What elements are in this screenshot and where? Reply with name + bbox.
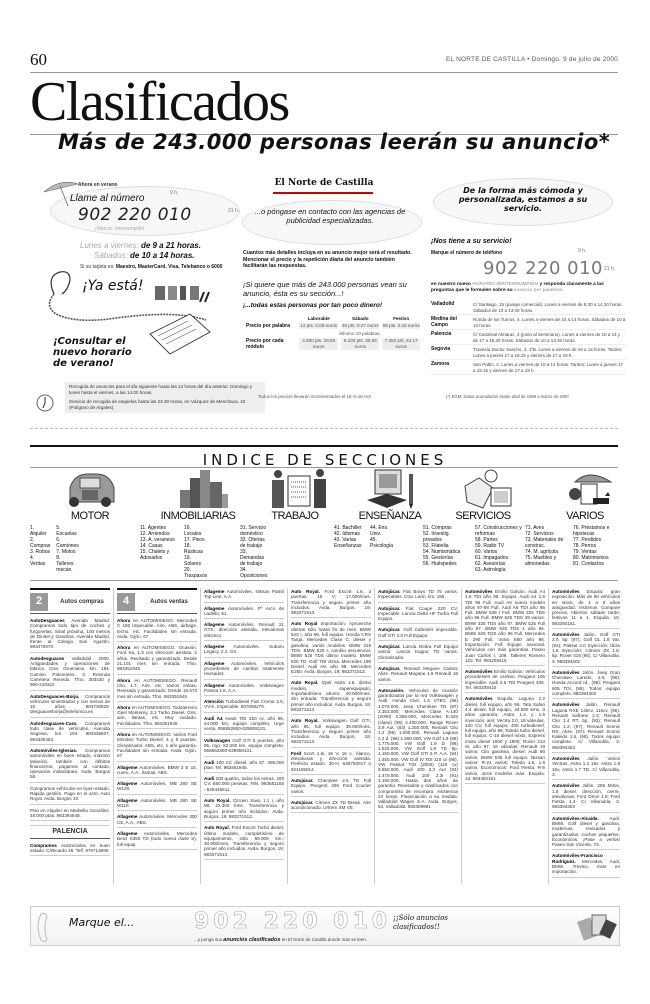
ad-name: Allageme [117,814,137,819]
section-number: 2 [30,593,48,611]
ad-text: Compramos vehículos en buen estado. Rápi… [30,786,110,802]
bottom-banner: Marque el... 902 220 010 ...y ponga sus … [30,906,620,946]
ad-item: Audi A4 Avant TDI 150 cv, año 98, 44.000… [204,715,284,735]
section-item[interactable]: 81. Contactos [573,561,621,567]
ad-item: Allageme Automóviles. Pº Arco de Ladrill… [204,605,284,620]
col-festivo: Festivo [382,316,420,321]
ad-item: Allageme Automóviles. Mercedes Benz S350… [117,830,197,850]
section-item[interactable]: 57. Construcciones y reformas [475,525,525,537]
agencies-contact: ...o póngase en contacto con las agencia… [250,208,410,225]
ad-name: Allageme [204,589,224,594]
marque-numero: Marque el número de teléfono [431,250,502,256]
clock-icon [36,394,54,412]
section-item[interactable]: 6. Camiones [56,537,79,549]
ad-item: Ahora en AUTOMISIEGO. Ocasión. Ford Ka, … [117,644,197,674]
section-header-autos-ventas: 4 Autos ventas [117,593,197,614]
office-item: Medina del CampoRonda de los Turnos, 4. … [431,317,626,330]
ad-item: Allageme Automóviles. Vehículos proceden… [204,660,284,680]
ad-name: Auto Royal. [291,718,319,723]
ad-item: Automóviles-Alcaide. Audi, BMW, Golf die… [552,815,620,851]
ad-item: Allageme Automóviles. MB 280 SE W116. [117,797,197,812]
classified-ads: 2 Autos compras AutoDesguaces Avenida Ma… [30,588,620,888]
ad-item: Automóviles Emilio Galván. Audi A4 1.9 T… [465,588,545,666]
time-end: 21 h. [228,208,239,214]
section-item[interactable]: 5. Escuelas [56,525,79,537]
ad-item: Allageme Automóviles. Volkswagen Passat … [204,682,284,697]
ad-text: Emilio Galván. Audi A4 1.9 TDI año 96. E… [465,589,545,663]
ad-text: Valladolid 2000. Antigüedades y operacio… [30,656,110,687]
row-label: Precio por palabra [246,323,296,329]
ad-name: Autojúcar. [378,589,400,594]
ad-item: Auto Royal Importación. Aproveche oferta… [291,620,371,677]
office-city: Valladolid [431,302,473,313]
ad-item: Ahora en AUTOMISIEGO. Todoterreno Opel M… [117,704,197,729]
ad-name: Automóviles-Iglesias. [30,748,77,753]
ad-name: Compramos [30,843,57,848]
ad-item: Auto Royal. Volkswagen Golf GTI, año 95,… [291,717,371,747]
section-items: 11. Agentes12. Arriendos13. A. veraneos1… [140,525,207,579]
promo-middle: El Norte de Castilla ...o póngase en con… [240,178,425,400]
ad-item: Volkswagen Golf GTI 5 puertas, año 95, r… [204,737,284,757]
ad-item: Automóviles Jalón. Golf GTI 2.0, 5p. (97… [552,631,620,667]
ad-name: Ahora [117,678,130,683]
ad-text: Jalón. Golf GTI 2.0, 5p. (97), Golf GL 1… [552,632,620,663]
ad-item: Autojúcar. Citroen ZX TD Break. Aire aco… [291,799,371,814]
egm-footnote: (*) EGM: Datos acumulados desde abril de… [446,394,569,399]
section-item[interactable]: 43. Varias Enseñanzas [334,537,364,549]
horario-ininterrumpido: HORARIO ININTERRUMPIDO [472,282,538,287]
ad-name: Auto Royal. [204,825,230,830]
office-item: ZamoraSan Pablo, 2. Lunes a viernes de 1… [431,362,626,375]
office-item: PalenciaC/ Cardenal Almaraz, 4 (junto al… [431,332,626,345]
ad-name: Allageme [117,831,137,836]
section-item[interactable]: 1. Alquiler [30,525,50,537]
ad-item: Allageme Automóviles. Nissan Patrol Top … [204,588,284,603]
note-esquelas: Servicio de recogida de esquelas hasta l… [65,397,265,413]
ad-text: Esquila: gran exposición. Más de 90 vehí… [552,589,620,626]
column-separator [200,588,201,884]
banner-solo: ¡¡Sólo anuncios clasificados!! [393,914,483,932]
column-separator [461,588,462,884]
section-title: Clasificados [30,72,289,132]
ad-name: Autojúcar. [378,666,400,671]
tagline-pre: ...y ponga sus [194,937,222,942]
ad-name: AutoDesguaces [30,618,65,623]
ad-name: Automóviles [465,589,493,594]
ad-name: Auto Royal. [204,798,231,803]
ads-column-3: Allageme Automóviles. Nissan Patrol Top … [204,588,284,862]
ads-column-5: Autojúcar. Fiat Bravo TD 75 varios. Impe… [378,588,458,815]
section-item[interactable]: 76. Préstamos e hipotecas [573,525,621,537]
office-city: Medina del Campo [431,317,473,328]
workers-icon [270,468,330,510]
ad-item: Piso en Alquiler en Marbella González. 4… [30,807,110,822]
ad-item: Auto Royal. Opel Astra 1.6, último model… [291,679,371,715]
phone-number[interactable]: 902 220 010 [483,258,603,279]
price-cell: 45 pts. 0.27 euros [341,323,379,329]
ad-text: Opel Astra 1.6, último modelo, superequi… [291,680,371,711]
ad-item: Ahora en AUTOMISIEGO. Mercedes C 180 Imp… [117,617,197,642]
ad-item: Ahora en AUTOMISIEGO. Renault Clio, 1.7,… [117,677,197,702]
section-item[interactable]: 2. Compras [30,537,50,549]
ad-name: Allageme [204,644,224,649]
time-start: 9 h. [578,248,586,254]
indice-top-rule [30,445,618,447]
section-heading: Autos ventas [141,597,197,607]
ad-name: Autodesguaces-Caro. [30,721,77,726]
ad-item: AutoDesguaces-Borja. Compramos vehículos… [30,693,110,718]
phone-number[interactable]: 902 220 010 [78,205,192,225]
ad-name: Autojúcar. [291,778,313,783]
ads-column-2: 4 Autos ventas Ahora en AUTOMISIEGO. Mer… [117,588,197,852]
section-item[interactable]: 56. Huéspedes [423,561,469,567]
ad-name: Auto Royal. [291,680,318,685]
ad-name: Allageme [204,606,224,611]
ad-item: Autojúcar. Fiat Bravo TD 75 varios. Impe… [378,588,458,603]
section-item[interactable]: 4. Ventas [30,555,50,567]
ads-column-7: Automóviles Esquila: gran exposición. Má… [552,588,620,880]
note-recogida: Recogida de anuncios para el día siguien… [65,382,265,398]
ad-name: Allageme [204,683,224,688]
price-cell: 7.350 pts. 44.17 euros [382,338,420,350]
ads-column-4: Auto Royal. Ford Escort 1.6, 3 puertas, … [291,588,371,815]
section-items: 41. Bachiller42. Idiomas43. Varias Enseñ… [334,525,393,549]
section-items: 51. Compras52. Investig. privados53. Fil… [423,525,525,573]
ad-name: Auto Royal. [291,589,320,594]
ad-name: Ahora [117,732,130,737]
ad-item: Autojúcar. Lancia Dedra Full Equipo vari… [378,643,458,663]
iva-note: Todos los precios llevarán incrementados… [258,394,371,399]
ad-item: Autojúcar. Fiat Coupe 220 CV. Impecable.… [378,605,458,625]
ad-item: Auto Royal. Ford Escort Turbo diesel, úl… [204,824,284,860]
ad-name: Autojúcar. [378,644,400,649]
ad-text: 100 CC diesel, año 87. 395.000 ptas. Tel… [204,760,284,770]
ads-column-1: 2 Autos compras AutoDesguaces Avenida Ma… [30,588,110,858]
office-list: ValladolidC/ Santiago, 15 (pasaje comerc… [431,302,626,377]
ad-text: Importación. Aproveche ofertas sólo hast… [291,621,371,674]
office-address: C/ Santiago, 15 (pasaje comercial). Lune… [473,302,626,313]
indice-bottom-rule [30,580,618,581]
section-item[interactable]: 73. Materiales de construc. [525,537,567,549]
ad-item: Autocasión. Vehículos de ocasión garanti… [378,687,458,813]
ad-text: Vehículos de ocasión garantizados por la… [378,688,458,810]
ad-name: Auto Royal [291,621,317,626]
ad-item: Autodesguaces-Caro. Compramos todo clase… [30,720,110,745]
ad-item: Automóviles Esquila: gran exposición. Má… [552,588,620,629]
consultar-horario: ¡Consultar el nuevo horario de verano! [53,336,133,369]
col-sabado: Sábado [341,316,379,321]
section-item[interactable]: 44. Ens. Univ. [370,525,393,537]
section-item[interactable]: 19. Solares [184,555,207,567]
ad-item: Ford Scort 1.6i, 16 V, 16 v., blanco, el… [291,750,371,775]
ad-name: Automóviles [552,783,580,788]
ad-name: Autojúcar. [378,627,400,632]
sections-index: MOTOR 1. Alquiler2. Compras3. Robos4. Ve… [30,468,620,578]
section-number: 4 [117,593,135,611]
computer-books-icon [365,468,421,510]
ad-text: Audi, BMW, Golf diesel y gasolina, moder… [552,816,620,847]
section-name: VARIOS [525,510,645,522]
section-item[interactable]: 16. Locales [184,525,207,537]
column-topbar [117,588,197,590]
ad-name: Automóviles [552,756,580,761]
section-items: 31. Servicio doméstico32. Ofertas de tra… [240,525,268,579]
page-number: 60 [30,50,47,70]
ad-name: Audi [204,776,214,781]
forma-text: De la forma más cómoda y personalizada, … [453,186,593,213]
ad-item: Autojúcar. Renault Megane Classic Alize.… [378,665,458,685]
ad-item: Allageme Automóviles. BMW 3 E 15, cuero,… [117,764,197,779]
ad-item: Audi 200 quattro, todos los extras. 200 … [204,775,284,795]
ad-text: Ford Escort Turbo diesel, último modelo,… [204,825,284,856]
ad-name: Ahora [117,618,130,623]
ad-item: Allageme Automóviles. Subaru Legacy, 2.2… [204,643,284,658]
section-item[interactable]: 32. Ofertas de trabajo [240,537,268,549]
ad-item: Automóviles Esquila: Laguna 2.2 diesel, … [465,695,545,784]
ad-name: AutoDesguaces-Borja. [30,694,79,699]
ad-item: Automóviles-Francisco Rodríguez. Mercede… [552,852,620,877]
ad-name: Allageme [117,781,137,786]
price-table: Laborable Sábado Festivo Precio por pala… [243,314,423,352]
office-item: SegoviaTravesía Doctor Sancho, 3, 1ºB. L… [431,347,626,360]
office-address: Ronda de los Turnos, 4. Lunes a viernes … [473,317,626,328]
section-item[interactable]: 18. Rústicas [184,543,207,555]
section-item[interactable]: 15. Chalets y Adosados [140,549,178,561]
ad-text: Esquila: Laguna 2.2 diesel, full equipo,… [465,696,545,780]
ad-name: Allageme [204,622,224,627]
section-item[interactable]: 52. Investig. privados [423,531,469,543]
office-city: Palencia [431,332,473,343]
tagline-post: donde más se leen. [328,937,367,942]
telephone-handset-icon [35,910,57,944]
ad-item: Atención Turbodiesel Fiat Croma 2.5, VV-… [204,698,284,713]
banner-tagline: ...y ponga sus anuncios clasificados en … [194,937,367,943]
ad-name: Autojúcar. [378,606,400,611]
quote-text: ¡Si quiere que más de 243.000 personas v… [243,281,418,298]
ad-name: Automóviles [465,669,493,674]
ad-name: Automóviles [552,632,580,637]
section-header-autos-compras: 2 Autos compras [30,593,110,614]
en-nuestro: en nuestro nuevo [431,282,471,287]
ad-item: Compramos vehículos en buen estado. Rápi… [30,785,110,805]
banner-marque: Marque el... [69,916,134,929]
ad-name: Volkswagen [204,738,230,743]
ad-name: Automóviles [552,589,580,594]
ad-item: Auto Royal. Citroen Saxo 1.1 i, año 98; … [204,797,284,822]
ad-name: Allageme [117,765,137,770]
buildings-icon [178,468,228,510]
details-text: Cuantos más detalles incluya en su anunc… [243,250,418,270]
column-separator [113,588,114,884]
ad-item: Compramos Automóviles en buen estado. C/… [30,842,110,857]
ad-item: Automóviles Jalón. 205 Mitos, 1.8 diesel… [552,782,620,812]
office-item: ValladolidC/ Santiago, 15 (pasaje comerc… [431,302,626,315]
ad-text: Compramos automóviles en buen estado, má… [30,748,110,779]
ads-column-6: Automóviles Emilio Galván. Audi A4 1.9 T… [465,588,545,786]
ad-name: Audi A4 [204,716,223,721]
ad-item: Autojúcar. Cherokee 2.5 TD Full Equipo. … [291,777,371,797]
section-item[interactable]: 34. Oposiciones [240,567,268,579]
price-cell: 69 pts. 0.15 euros [382,323,420,329]
ad-item: Allageme Automóviles. MB 280 SE W126. [117,780,197,795]
newspaper-logo: El Norte de Castilla [270,178,378,188]
ad-item: Automóviles Jalón. Renault Laguna RXE 14… [552,701,620,753]
ad-item: Allageme Automóviles. Renault 21 GTS, di… [204,621,284,641]
newspaper-dateline: EL NORTE DE CASTILLA • Domingo, 9 de jul… [446,56,618,63]
ad-name: Audi [204,760,214,765]
ad-item: AutoDesguaces Avenida Madrid. Compramos … [30,617,110,653]
ad-name: Automóviles-Alcaide. [552,816,599,821]
time-end: 21 h. [604,266,615,272]
ad-item: Automóviles Emilio Galván. Vehículos pro… [465,668,545,693]
ad-name: Autojúcar. [291,800,313,805]
ad-name: Automóviles [552,702,580,707]
column-separator [548,588,549,884]
office-address: C/ Cardenal Almaraz, 4 (junto al Seminar… [473,332,626,343]
umbrella-cat-icon [565,468,615,510]
car-icon [62,468,118,510]
anuncio-palabras: anuncio por palabras. [514,288,564,293]
ad-item: Ahora en AUTOMISIEGO. Varios Ford Mondeo… [117,731,197,761]
ad-item: Automóviles Jalón. Varios Vectras, Astra… [552,755,620,780]
promo-left: Ahora en verano 9 h. Llame al número 902… [40,178,240,400]
ad-text: Scort 1.6i, 16 V, 16 v., blanco, elevalu… [291,751,371,772]
office-city: Zamora [431,362,473,373]
ad-name: Atención [204,699,224,704]
cards-illustration-icon [576,911,618,943]
ad-item: Autodesguaces Valladolid 2000. Antigüeda… [30,655,110,691]
section-item[interactable]: 63. Astrología [475,567,525,573]
ad-name: Automóviles [465,696,493,701]
ad-item: Automóviles-Iglesias. Compramos automóvi… [30,747,110,783]
time-start: 9 h. [170,190,178,196]
office-address: Travesía Doctor Sancho, 3, 1ºB. Lunes a … [473,347,626,358]
tagline-mid: en El Norte de Castilla [282,937,327,942]
section-item[interactable]: 31. Servicio doméstico [240,525,268,537]
logo-underline [273,192,373,194]
services-icon [461,468,517,510]
ad-text: Piso en Alquiler en Marbella González. 4… [30,808,110,818]
horario-text: en nuestro nuevo HORARIO ININTERRUMPIDO … [431,282,623,294]
ad-name: Allageme [204,661,224,666]
section-name: MOTOR [30,510,150,522]
dotted-divider [30,428,618,429]
office-city: Segovia [431,347,473,358]
ad-text: 200 quattro, todos los extras. 200 CV. 6… [204,776,284,792]
promo-right: De la forma más cómoda y personalizada, … [428,178,623,400]
minimum-words: Mínimo 10 palabras [299,331,420,336]
ahora-en-verano: Ahora en verano [78,183,117,188]
ad-name: Ford [291,751,301,756]
section-item[interactable]: 8. Talleres mecán. [56,555,79,573]
row-label: Precio por cada módulo [246,338,296,350]
ad-name: Ahora [117,705,130,710]
ad-item: Auto Royal. Ford Escort 1.6, 3 puertas, … [291,588,371,618]
price-cell: 5.100 pts. 30.65 euros [341,338,379,350]
ad-text: Jalón. Renault Laguna RXE 140cv, 116cv, … [552,702,620,749]
section-item[interactable]: 33. Demandas de trabajo [240,549,268,567]
column-separator [287,588,288,884]
column-separator [374,588,375,884]
ad-text: Avenida Madrid. Compramos todo tipo de c… [30,618,110,649]
price-cell: 4.800 pts. 28.85 euros [299,338,338,350]
office-address: San Pablo, 2. Lunes a viernes de 10 a 14… [473,362,626,373]
palencia-heading: PALENCIA [30,825,110,838]
marcar-note: ¡Marcar: Interrumpido! [95,226,144,232]
llame-text: Llame al número [70,193,144,204]
section-items: 71. Aves72. Servicios73. Materiales de c… [525,525,621,567]
ad-name: Automóviles [552,670,580,675]
section-item[interactable]: 75. Muebles y almonedas [525,555,567,567]
ad-item: Allageme Automóviles. Mercedes 300 CE, A… [117,813,197,828]
section-item[interactable]: 20. Traspasos [184,567,207,579]
headline: Más de 243.000 personas leerán su anunci… [58,130,610,154]
ad-item: Audi 100 CC diesel, año 87. 395.000 ptas… [204,759,284,774]
ad-item: Automóviles Jalón. Jeep Gran Cherokee La… [552,669,620,699]
todas-text: ¡...todas estas personas por tan poco di… [243,302,382,309]
nos-tiene: ¡Nos tiene a su servicio! [431,238,512,245]
ad-name: Allageme [117,798,137,803]
section-heading: Autos compras [54,597,110,607]
ad-name: Autocasión. [378,688,404,693]
price-cell: 12 pts. 0.08 euros [299,323,338,329]
column-topbar [30,588,110,590]
section-items: 1. Alquiler2. Compras3. Robos4. Ventas 5… [30,525,79,573]
banner-phone[interactable]: 902 220 010 [194,909,391,934]
ad-item: Autojúcar. Golf Cabriolet impecable. Gol… [378,626,458,641]
ad-name: Ahora [117,645,130,650]
section-item[interactable]: 45. Psicología [370,537,393,549]
col-laborable: Laborable [299,316,338,321]
ad-name: Autodesguaces [30,656,64,661]
tagline-bold: anuncios clasificados [223,937,280,943]
